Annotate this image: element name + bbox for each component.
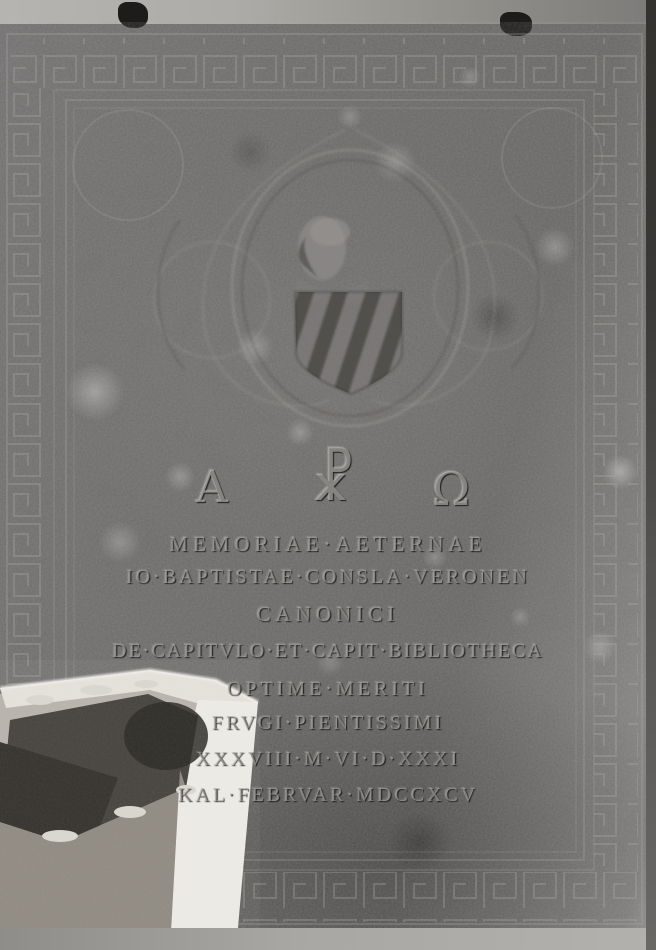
inscription-line-capitulo: DE·CAPITVLO·ET·CAPIT·BIBLIOTHECA (4, 640, 652, 663)
right-shadow-edge (646, 0, 656, 950)
chi-rho-symbol-icon: ☧ (310, 446, 355, 514)
inscription-line-memoriae: MEMORIAE·AETERNAE (4, 532, 652, 557)
inscription-line-optime: OPTIME·MERITI (4, 678, 652, 701)
inscription-line-name: IO·BAPTISTAE·CONSLA·VERONEN (4, 566, 652, 589)
photograph: A ☧ Ω MEMORIAE·AETERNAE IO·BAPTISTAE·CON… (0, 0, 656, 950)
inscription-line-date: KAL·FEBRVAR·MDCCXCV (4, 784, 652, 807)
omega-symbol-icon: Ω (432, 462, 470, 516)
alpha-symbol-icon: A (196, 462, 228, 513)
inscription-line-canonici: CANONICI (4, 602, 652, 627)
floor-ledge (0, 928, 656, 950)
inscription-line-frugi: FRVGI·PIENTISSIMI (4, 712, 652, 735)
inscription-line-age: XXXVIII·M·VI·D·XXXI (4, 748, 652, 771)
